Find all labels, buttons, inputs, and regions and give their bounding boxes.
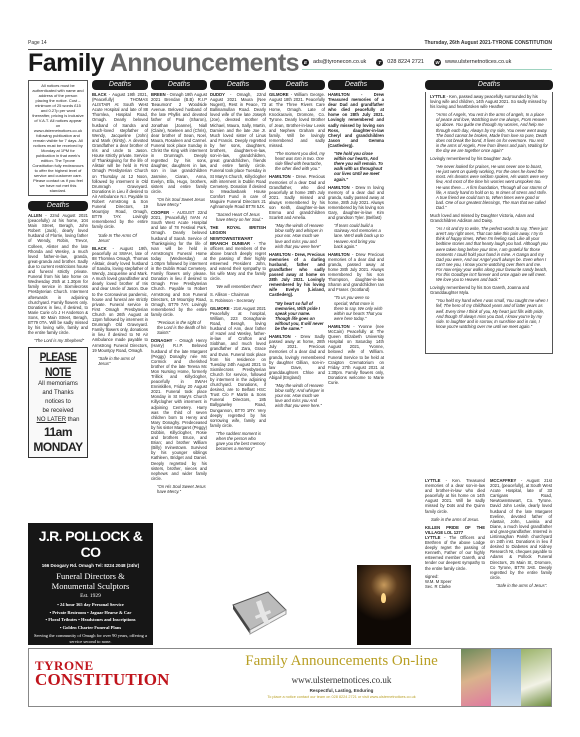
- section-header: Deaths: [92, 80, 148, 90]
- column-8: MCCAFFREY - August 21st 2021, (peacefull…: [490, 478, 552, 591]
- column-3: Deaths BREEN - Omagh 19th August 2021 Br…: [151, 80, 207, 497]
- banner-headline: Family Announcements On-line: [219, 652, 464, 670]
- notice-duddy: DUDDY - Omagh, 22nd August 2021 Maura (N…: [210, 92, 266, 209]
- section-header: Deaths: [28, 201, 88, 211]
- website-link[interactable]: www.ulsternetnotices.co.uk: [445, 59, 511, 65]
- section-header: Deaths: [151, 80, 207, 90]
- page-number: Page 14: [28, 40, 47, 46]
- notice-legion: THE ROYAL BRITISH LEGION NEWTOWNSTEWART …: [210, 225, 266, 281]
- notice-gilmore-1: GILMORE - William George. August 18th 20…: [269, 92, 325, 148]
- banner-contact: To place a notice contact our team on 02…: [219, 695, 464, 699]
- phone-number[interactable]: 028 8224 2721: [387, 59, 424, 65]
- column-2: Deaths BLACK - August 19th 2021, (Peacef…: [92, 80, 148, 369]
- notice-hamilton-2: HAMILTON - Drew, Precious memories of a …: [269, 252, 325, 298]
- column-6: Deaths HAMILTON - Drew Treasured memorie…: [328, 80, 384, 388]
- candle-image: [357, 565, 411, 645]
- notice-hamilton-3: HAMILTON - Drew Sadly passed away at hom…: [269, 334, 325, 380]
- column-4: Deaths DUDDY - Omagh, 22nd August 2021 M…: [210, 80, 266, 454]
- notice-cooper: COOPER - AUGUST 22nd 2021, (Peacefully) …: [151, 210, 207, 317]
- notice-mccaffrey: MCCAFFREY - August 21st 2021, (peacefull…: [490, 478, 552, 580]
- email-icon: E: [302, 59, 309, 66]
- bible-icon: [228, 590, 288, 635]
- notice-hamilton-5: HAMILTON - Drew In loving memory of a de…: [328, 185, 384, 221]
- notice-black-2: BLACK - August 19th, peacefully at SWAH,…: [92, 246, 148, 353]
- brand-logo: TYRONE CONSTITUTION: [35, 659, 170, 687]
- column-1: All notices must be authenticated with n…: [28, 80, 88, 458]
- web-icon: W: [434, 59, 441, 66]
- info-box: All notices must be authenticated with n…: [28, 80, 88, 196]
- notice-lyttle-2: LYTTLE - Ken. Treasured memories of a de…: [425, 478, 485, 514]
- notice-hamilton-6: HAMILTON - Drew Precious memories of a d…: [328, 252, 384, 293]
- email-link[interactable]: ads@tyronecon.co.uk: [313, 59, 366, 65]
- lyttle-header: Deaths: [425, 80, 553, 92]
- notice-hamilton-7: HAMILTON - Yvonne (nee McCain) Peacefull…: [328, 324, 384, 385]
- pollock-advert: J.R. POLLOCK & CO 166 Doogary Rd. Omagh …: [28, 523, 153, 645]
- page-title: Family Announcements: [28, 50, 299, 76]
- section-header: Deaths: [269, 80, 325, 90]
- dateline: Thursday, 26th August 2021-TYRONE CONSTI…: [424, 40, 552, 46]
- section-header: Deaths: [328, 80, 384, 90]
- notice-gilmore-2: GILMORE - 21st August 2021 Peacefully at…: [210, 306, 266, 428]
- notice-killen: KILLEN PRIDE OF THE VILLAGE LOL 1277LYTT…: [425, 525, 485, 571]
- online-banner-ad[interactable]: TYRONE CONSTITUTION Family Announcements…: [28, 648, 552, 707]
- notice-hamilton-1: HAMILTON - Drew. Precious memories of a …: [269, 174, 325, 220]
- phone-icon: T: [376, 59, 383, 66]
- notice-donaghy: DONAGHY - Omagh Henry (Harry) R.I.P. Bel…: [151, 338, 207, 481]
- banner-photos: [461, 649, 551, 706]
- notice-breen: BREEN - Omagh 19th August 2021 Brendan (…: [151, 92, 207, 194]
- notice-allen: ALLEN - 22nd August 2021 (peacefully) at…: [28, 213, 88, 335]
- banner-url[interactable]: www.ulsternetnotices.co.uk: [219, 675, 464, 685]
- notice-hamilton-4: HAMILTON - Drew Treasured memories of a …: [328, 92, 384, 148]
- contact-bar: E ads@tyronecon.co.uk T 028 8224 2721 W …: [302, 55, 552, 70]
- banner-slogan: Respectful, Lasting, Enduring: [219, 688, 464, 693]
- column-7: LYTTLE - Ken. Treasured memories of a de…: [425, 478, 485, 589]
- please-note-box: PLEASE NOTE All memoriams and Thanks not…: [28, 347, 88, 458]
- flame-icon: [381, 593, 386, 603]
- notice-lyttle-box: LYTTLE - Ken, passed away peacefully sur…: [425, 92, 553, 354]
- column-5: Deaths GILMORE - William George. August …: [269, 80, 325, 411]
- notice-black-1: BLACK - August 19th 2021, (Peacefully) T…: [92, 92, 148, 230]
- section-header: Deaths: [210, 80, 266, 90]
